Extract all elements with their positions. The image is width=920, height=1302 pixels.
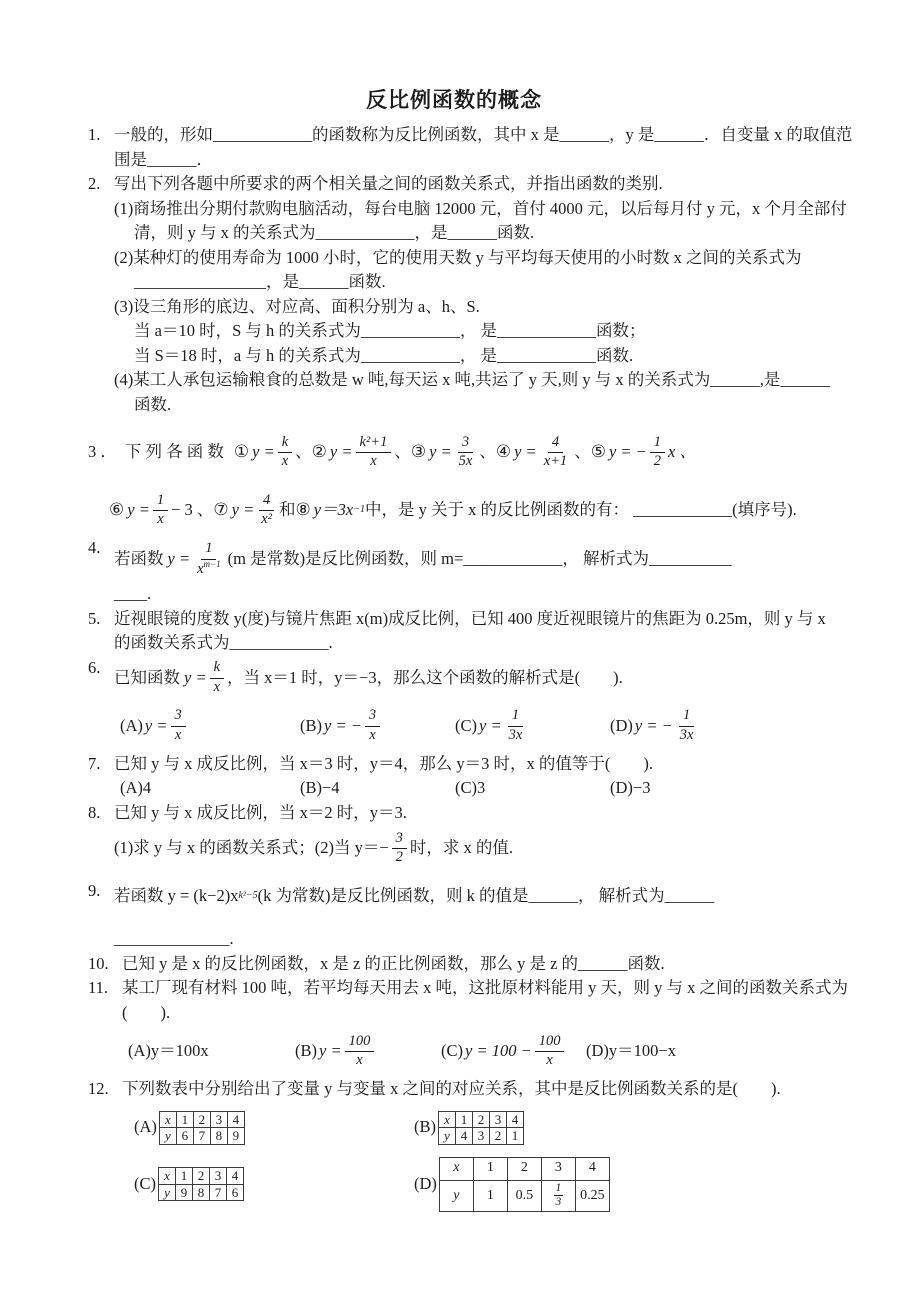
option-d-table: (D) x 1 2 3 4 y 1 0.5 xyxy=(414,1157,870,1212)
question-number: 3 ． xyxy=(88,442,117,462)
question-text: 已知 y 与 x 成反比例，当 x＝2 时，y＝3. xyxy=(114,801,870,826)
question-7-options: (A)4 (B)−4 (C)3 (D)−3 xyxy=(114,776,870,801)
table-cell: 2 xyxy=(490,1128,507,1145)
option-c: (C) y = 100 − 100x xyxy=(441,1033,586,1069)
table-cell: 7 xyxy=(193,1128,210,1145)
table-cell: 1 xyxy=(473,1180,507,1211)
function-item-7: ⑦ y = 4x² 和 xyxy=(213,492,295,528)
option-c-table: (C) x 1 2 3 4 y 9 8 7 xyxy=(134,1157,414,1212)
question-text: 一般的，形如____________的函数称为反比例函数，其中 x 是_____… xyxy=(114,123,870,148)
circled-number: ⑥ xyxy=(109,500,124,520)
fraction: 4x² xyxy=(257,492,276,528)
data-table-c: x 1 2 3 4 y 9 8 7 6 xyxy=(158,1167,244,1201)
option-b: (B)−4 xyxy=(300,778,455,798)
question-12-tables: (A) x 1 2 3 4 y 6 7 8 xyxy=(122,1111,870,1212)
exponent: m−1 xyxy=(204,559,221,569)
table-cell: 3 xyxy=(210,1111,227,1128)
table-cell: 9 xyxy=(227,1128,244,1145)
table-cell: 2 xyxy=(193,1168,210,1185)
function-item-2: ② y = k²+1x 、 xyxy=(312,434,411,470)
table-cell: x xyxy=(439,1157,473,1180)
circled-number: ② xyxy=(312,442,327,462)
worksheet-page: 反比例函数的概念 1. 一般的，形如____________的函数称为反比例函数… xyxy=(0,0,920,1212)
subitem-3-text: (3)设三角形的底边、对应高、面积分别为 a、h、S. xyxy=(114,295,870,320)
fraction: 35x xyxy=(455,434,477,470)
question-text: 已知 y 是 x 的反比例函数，x 是 z 的正比例函数，那么 y 是 z 的_… xyxy=(122,952,870,977)
option-a: (A)y＝100x xyxy=(128,1041,295,1061)
table-cell: 4 xyxy=(227,1111,244,1128)
table-cell: y xyxy=(439,1128,456,1145)
subitem-3-case-a: 当 a＝10 时，S 与 h 的关系式为____________， 是_____… xyxy=(114,319,870,344)
question-text: 下 列 各 函 数 xyxy=(125,442,224,462)
data-table-a: x 1 2 3 4 y 6 7 8 9 xyxy=(159,1111,245,1145)
table-cell: 0.25 xyxy=(575,1180,609,1211)
table-cell: 13 xyxy=(541,1180,575,1211)
option-c: (C)3 xyxy=(455,778,610,798)
question-8-subitems: (1)求 y 与 x 的函数关系式；(2)当 y＝− 32 时，求 x 的值. xyxy=(114,825,870,871)
question-11: 11. 某工厂现有材料 100 吨，若平均每天用去 x 吨，这批原材料能用 y … xyxy=(88,976,870,1077)
function-item-4: ④ y = 4x+1 、 xyxy=(496,434,591,470)
table-cell: 4 xyxy=(456,1128,473,1145)
question-text: 围是______． xyxy=(114,148,870,173)
question-number: 12. xyxy=(88,1077,122,1212)
exponent: −1 xyxy=(353,505,365,515)
table-cell: 3 xyxy=(490,1111,507,1128)
question-text: 近视眼镜的度数 y(度)与镜片焦距 x(m)成反比例，已知 400 度近视眼镜片… xyxy=(114,607,870,632)
subitem-1-text: (1)商场推出分期付款购电脑活动，每台电脑 12000 元，首付 4000 元，… xyxy=(114,197,870,222)
question-8: 8. 已知 y 与 x 成反比例，当 x＝2 时，y＝3. (1)求 y 与 x… xyxy=(88,801,870,872)
subitem-1-text: 清，则 y 与 x 的关系式为____________，是______函数. xyxy=(114,221,870,246)
subitem-3-case-b: 当 S＝18 时，a 与 h 的关系式为____________， 是_____… xyxy=(114,344,870,369)
fraction: kx xyxy=(210,659,224,695)
question-text: 下列数表中分别给出了变量 y 与变量 x 之间的对应关系，其中是反比例函数关系的… xyxy=(122,1077,870,1102)
question-number: 10. xyxy=(88,952,122,977)
fraction: kx xyxy=(278,434,292,470)
circled-number: ⑦ xyxy=(213,500,228,520)
fraction: 13 xyxy=(552,1182,566,1210)
circled-number: ① xyxy=(234,442,249,462)
function-item-8: ⑧ y＝3x−1 中，是 y 关于 x 的反比例函数的有： __________… xyxy=(296,500,797,520)
function-item-3: ③ y = 35x 、 xyxy=(411,434,496,470)
table-cell: y xyxy=(439,1180,473,1211)
fraction: 1x xyxy=(153,492,168,528)
fraction: 13x xyxy=(676,707,698,743)
option-b: (B) y = − 3x xyxy=(300,707,455,743)
question-7: 7. 已知 y 与 x 成反比例，当 x＝3 时，y＝4，那么 y＝3 时，x … xyxy=(88,752,870,801)
data-table-d: x 1 2 3 4 y 1 0.5 13 xyxy=(439,1157,610,1212)
subitem-2-text: ________________，是______函数. xyxy=(114,270,870,295)
fraction: 32 xyxy=(392,830,407,866)
question-number: 8. xyxy=(88,801,114,872)
table-cell: 9 xyxy=(176,1184,193,1201)
question-12: 12. 下列数表中分别给出了变量 y 与变量 x 之间的对应关系，其中是反比例函… xyxy=(88,1077,870,1212)
option-d: (D)y＝100−x xyxy=(586,1041,676,1061)
table-cell: x xyxy=(159,1168,176,1185)
option-d: (D) y = − 13x xyxy=(610,707,700,743)
fraction: k²+1x xyxy=(356,434,392,470)
question-number: 9. xyxy=(88,879,114,952)
option-b-table: (B) x 1 2 3 4 y 4 3 2 xyxy=(414,1111,870,1145)
question-text: 若函数 y = (k−2)x xyxy=(114,886,238,906)
question-text: 已知函数 xyxy=(114,668,180,688)
table-cell: y xyxy=(159,1128,176,1145)
question-6: 6. 已知函数 y = kx ，当 x＝1 时，y＝−3，那么这个函数的解析式是… xyxy=(88,656,870,752)
table-cell: 1 xyxy=(507,1128,524,1145)
circled-number: ③ xyxy=(411,442,426,462)
table-cell: 4 xyxy=(575,1157,609,1180)
question-9: 9. 若函数 y = (k−2)xk²−5 (k 为常数)是反比例函数，则 k … xyxy=(88,879,870,952)
fraction: 13x xyxy=(505,707,527,743)
question-number: 7. xyxy=(88,752,114,801)
fraction: 3x xyxy=(171,707,186,743)
question-number: 11. xyxy=(88,976,122,1077)
table-cell: x xyxy=(159,1111,176,1128)
option-a-table: (A) x 1 2 3 4 y 6 7 8 xyxy=(134,1111,414,1145)
table-cell: 1 xyxy=(176,1111,193,1128)
exponent: k²−5 xyxy=(238,891,257,901)
circled-number: ⑤ xyxy=(591,442,606,462)
question-3-continued: ⑥ y = 1x − 3 、 ⑦ y = 4x² 和 ⑧ y＝3x−1 中，是 … xyxy=(109,484,870,536)
table-cell: 1 xyxy=(473,1157,507,1180)
question-number: 1. xyxy=(88,123,114,172)
table-cell: 7 xyxy=(210,1184,227,1201)
option-a: (A)4 xyxy=(120,778,300,798)
question-1: 1. 一般的，形如____________的函数称为反比例函数，其中 x 是__… xyxy=(88,123,870,172)
question-text: 的函数关系式为____________. xyxy=(114,631,870,656)
question-4: 4. 若函数 y = 1xm−1 (m 是常数)是反比例函数，则 m=_____… xyxy=(88,536,870,607)
table-cell: 2 xyxy=(193,1111,210,1128)
circled-number: ④ xyxy=(496,442,511,462)
circled-number: ⑧ xyxy=(296,500,311,520)
question-text: 已知 y 与 x 成反比例，当 x＝3 时，y＝4，那么 y＝3 时，x 的值等… xyxy=(114,752,870,777)
fraction: 12 xyxy=(650,434,665,470)
question-text: 若函数 xyxy=(114,549,164,569)
fraction: 4x+1 xyxy=(540,434,571,470)
table-cell: 6 xyxy=(227,1184,244,1201)
answer-blank-line: ____. xyxy=(114,582,870,607)
question-number: 6. xyxy=(88,656,114,752)
table-cell: 6 xyxy=(176,1128,193,1145)
subitem-4-text: (4)某工人承包运输粮食的总数是 w 吨,每天运 x 吨,共运了 y 天,则 y… xyxy=(114,368,870,393)
table-cell: x xyxy=(439,1111,456,1128)
table-cell: 4 xyxy=(507,1111,524,1128)
question-6-options: (A) y = 3x (B) y = − 3x (C) y = 13x (D) … xyxy=(114,700,870,752)
function-item-1: ① y = kx 、 xyxy=(234,434,312,470)
question-text: (k 为常数)是反比例函数，则 k 的值是______， 解析式为______ xyxy=(258,886,715,906)
question-2: 2. 写出下列各题中所要求的两个相关量之间的函数关系式，并指出函数的类别. (1… xyxy=(88,172,870,417)
option-b: (B) y = 100x xyxy=(295,1033,441,1069)
table-cell: 2 xyxy=(473,1111,490,1128)
function-item-6: ⑥ y = 1x − 3 、 xyxy=(109,492,213,528)
question-number: 5. xyxy=(88,607,114,656)
question-5: 5. 近视眼镜的度数 y(度)与镜片焦距 x(m)成反比例，已知 400 度近视… xyxy=(88,607,870,656)
option-d: (D)−3 xyxy=(610,778,650,798)
question-3: 3 ． 下 列 各 函 数 ① y = kx 、 ② y = k²+1x 、 ③… xyxy=(88,426,870,478)
table-cell: 4 xyxy=(227,1168,244,1185)
table-cell: 0.5 xyxy=(507,1180,541,1211)
fraction: 1xm−1 xyxy=(193,540,225,577)
answer-blank-line: ______________. xyxy=(114,927,870,952)
data-table-b: x 1 2 3 4 y 4 3 2 1 xyxy=(438,1111,524,1145)
question-text: ( ). xyxy=(122,1001,870,1026)
subitem-4-text: 函数. xyxy=(114,393,870,418)
question-number: 2. xyxy=(88,172,114,417)
table-cell: 8 xyxy=(210,1128,227,1145)
table-cell: 1 xyxy=(176,1168,193,1185)
question-number: 4. xyxy=(88,536,114,607)
function-item-5: ⑤ y = − 12 x 、 xyxy=(591,434,696,470)
table-cell: 2 xyxy=(507,1157,541,1180)
question-text: 某工厂现有材料 100 吨，若平均每天用去 x 吨，这批原材料能用 y 天，则 … xyxy=(122,976,870,1001)
table-cell: 1 xyxy=(456,1111,473,1128)
question-10: 10. 已知 y 是 x 的反比例函数，x 是 z 的正比例函数，那么 y 是 … xyxy=(88,952,870,977)
fraction: 100x xyxy=(535,1033,565,1069)
question-11-options: (A)y＝100x (B) y = 100x (C) y = 100 − 100… xyxy=(122,1025,870,1077)
fraction: 3x xyxy=(365,707,380,743)
table-cell: 3 xyxy=(541,1157,575,1180)
table-cell: y xyxy=(159,1184,176,1201)
question-text: 写出下列各题中所要求的两个相关量之间的函数关系式，并指出函数的类别. xyxy=(114,172,870,197)
table-cell: 8 xyxy=(193,1184,210,1201)
option-c: (C) y = 13x xyxy=(455,707,610,743)
question-text: ，当 x＝1 时，y＝−3，那么这个函数的解析式是( ). xyxy=(227,668,623,688)
table-cell: 3 xyxy=(473,1128,490,1145)
subitem-2-text: (2)某种灯的使用寿命为 1000 小时，它的使用天数 y 与平均每天使用的小时… xyxy=(114,246,870,271)
question-text: (m 是常数)是反比例函数，则 m=____________， 解析式为____… xyxy=(228,549,732,569)
option-a: (A) y = 3x xyxy=(120,707,300,743)
fraction: 100x xyxy=(345,1033,375,1069)
table-cell: 3 xyxy=(210,1168,227,1185)
worksheet-title: 反比例函数的概念 xyxy=(88,84,820,114)
